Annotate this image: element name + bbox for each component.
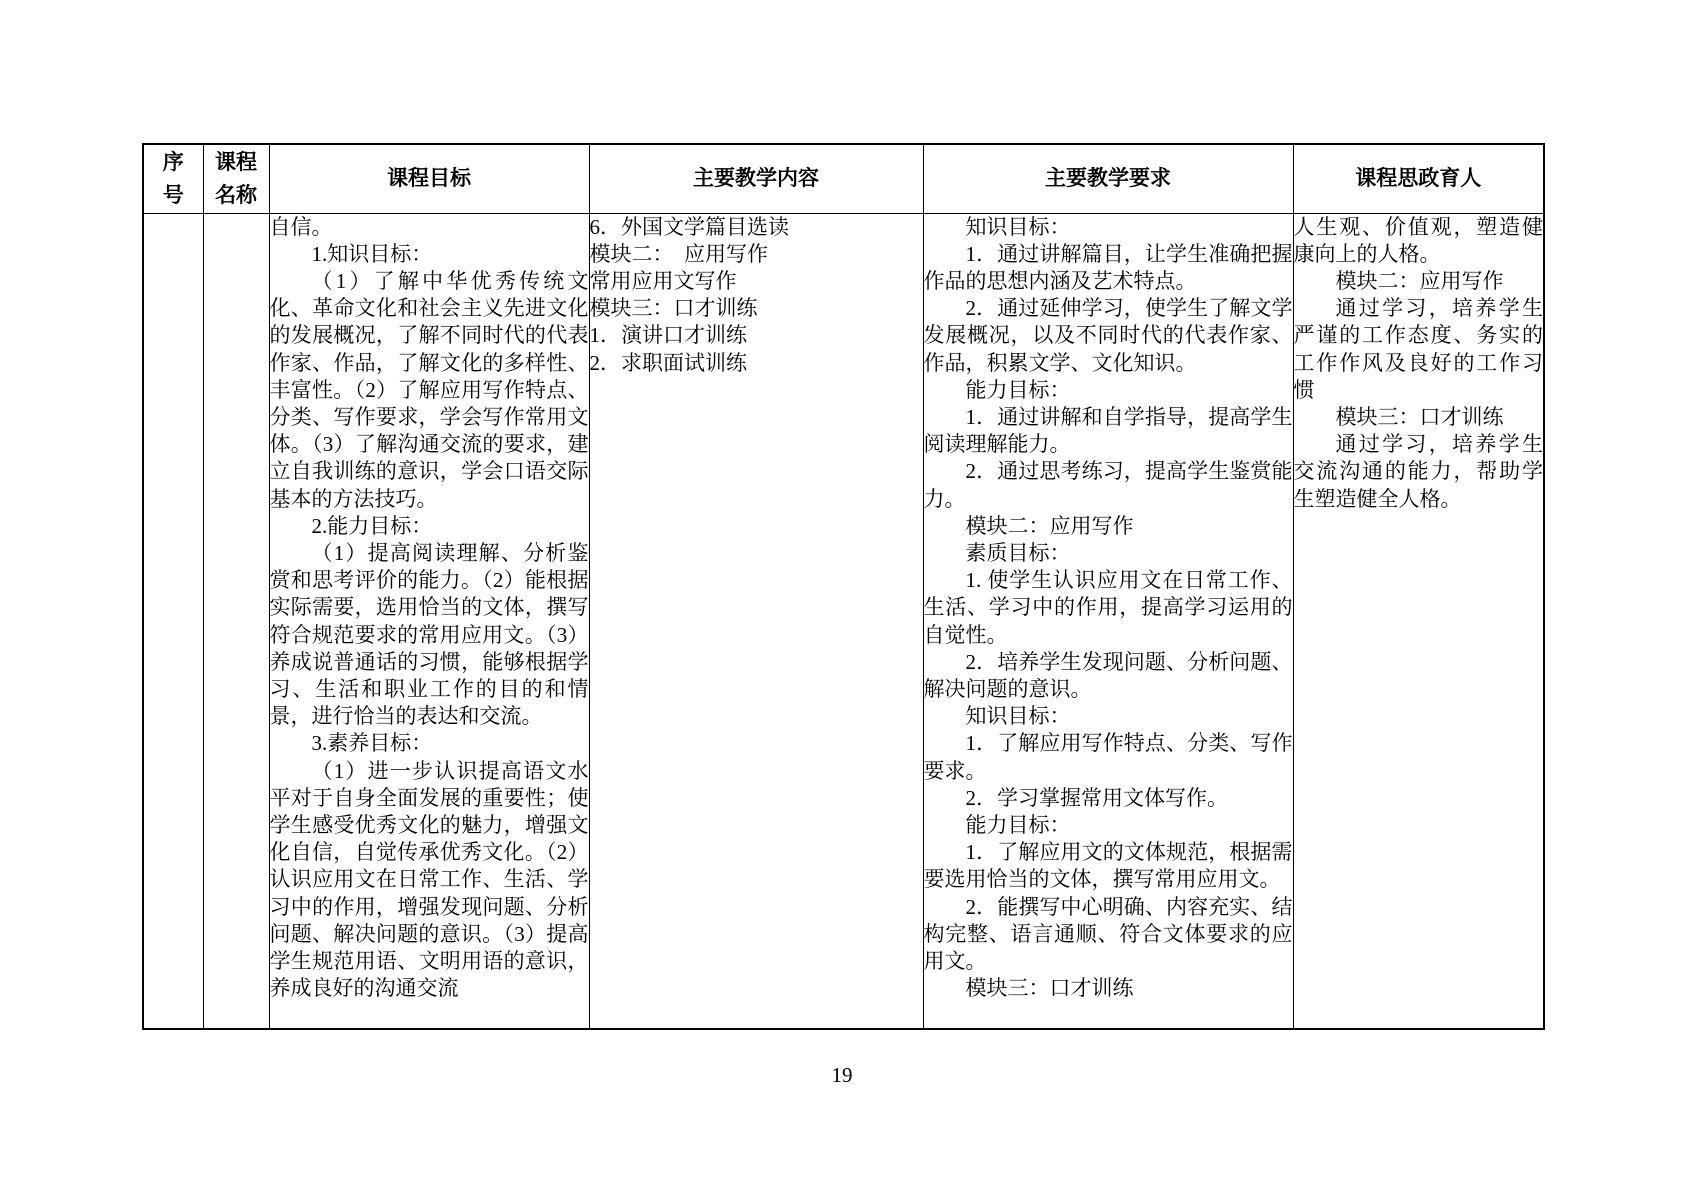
paragraph: 模块二：应用写作 bbox=[1294, 268, 1544, 295]
document-page: 序 号 课程 名称 课程目标 主要教学内容 主要教学要求 课程思政育人 自信。1… bbox=[0, 0, 1684, 1191]
paragraph: 1. 使学生认识应用文在日常工作、生活、学习中的作用，提高学习运用的自觉性。 bbox=[924, 567, 1293, 649]
paragraph: 能力目标： bbox=[924, 812, 1293, 839]
header-cell-serial-number: 序 号 bbox=[143, 144, 203, 213]
paragraph: 模块二：应用写作 bbox=[924, 513, 1293, 540]
paragraph: 1．通过讲解篇目，让学生准确把握作品的思想内涵及艺术特点。 bbox=[924, 241, 1293, 295]
header-cell-course-name: 课程 名称 bbox=[203, 144, 269, 213]
paragraph: 通过学习，培养学生交流沟通的能力，帮助学生塑造健全人格。 bbox=[1294, 431, 1544, 513]
table-header-row: 序 号 课程 名称 课程目标 主要教学内容 主要教学要求 课程思政育人 bbox=[143, 144, 1544, 213]
paragraph: （1）进一步认识提高语文水平对于自身全面发展的重要性；使学生感受优秀文化的魅力，… bbox=[270, 758, 589, 1003]
header-cell-ideological-education: 课程思政育人 bbox=[1293, 144, 1544, 213]
paragraph: 1．演讲口才训练 bbox=[590, 322, 923, 349]
cell-ideological-education: 人生观、价值观，塑造健康向上的人格。模块二：应用写作通过学习，培养学生严谨的工作… bbox=[1293, 213, 1544, 1029]
paragraph: （1）了解中华优秀传统文化、革命文化和社会主义先进文化的发展概况，了解不同时代的… bbox=[270, 268, 589, 513]
header-cell-teaching-content: 主要教学内容 bbox=[589, 144, 923, 213]
paragraph: 1.知识目标： bbox=[270, 241, 589, 268]
paragraph: 6．外国文学篇目选读 bbox=[590, 214, 923, 241]
paragraph: 2．通过延伸学习，使学生了解文学发展概况，以及不同时代的代表作家、作品，积累文学… bbox=[924, 295, 1293, 377]
paragraph: 常用应用文写作 bbox=[590, 268, 923, 295]
paragraph: 1．了解应用写作特点、分类、写作要求。 bbox=[924, 730, 1293, 784]
paragraph: 自信。 bbox=[270, 214, 589, 241]
paragraph: 2.能力目标： bbox=[270, 513, 589, 540]
paragraph: 1．了解应用文的文体规范，根据需要选用恰当的文体，撰写常用应用文。 bbox=[924, 839, 1293, 893]
paragraph: 2．求职面试训练 bbox=[590, 350, 923, 377]
table-body-row: 自信。1.知识目标：（1）了解中华优秀传统文化、革命文化和社会主义先进文化的发展… bbox=[143, 213, 1544, 1029]
paragraph: 模块二： 应用写作 bbox=[590, 241, 923, 268]
paragraph: 知识目标： bbox=[924, 214, 1293, 241]
cell-course-name-empty bbox=[203, 213, 269, 1029]
paragraph: 通过学习，培养学生严谨的工作态度、务实的工作作风及良好的工作习惯 bbox=[1294, 295, 1544, 404]
paragraph: 模块三：口才训练 bbox=[924, 975, 1293, 1002]
cell-course-objectives: 自信。1.知识目标：（1）了解中华优秀传统文化、革命文化和社会主义先进文化的发展… bbox=[269, 213, 589, 1029]
course-syllabus-table: 序 号 课程 名称 课程目标 主要教学内容 主要教学要求 课程思政育人 自信。1… bbox=[142, 143, 1545, 1030]
paragraph: 知识目标： bbox=[924, 703, 1293, 730]
paragraph: 3.素养目标： bbox=[270, 730, 589, 757]
paragraph: 模块三：口才训练 bbox=[1294, 404, 1544, 431]
cell-serial-number-empty bbox=[143, 213, 203, 1029]
paragraph: 能力目标： bbox=[924, 377, 1293, 404]
paragraph: 1．通过讲解和自学指导，提高学生阅读理解能力。 bbox=[924, 404, 1293, 458]
header-cell-course-objectives: 课程目标 bbox=[269, 144, 589, 213]
paragraph: 2．培养学生发现问题、分析问题、解决问题的意识。 bbox=[924, 649, 1293, 703]
paragraph: 2．通过思考练习，提高学生鉴赏能力。 bbox=[924, 458, 1293, 512]
page-number: 19 bbox=[0, 1063, 1684, 1087]
paragraph: 人生观、价值观，塑造健康向上的人格。 bbox=[1294, 214, 1544, 268]
paragraph: 2．能撰写中心明确、内容充实、结构完整、语言通顺、符合文体要求的应用文。 bbox=[924, 894, 1293, 976]
paragraph: （1）提高阅读理解、分析鉴赏和思考评价的能力。（2）能根据实际需要，选用恰当的文… bbox=[270, 540, 589, 730]
header-cell-teaching-requirements: 主要教学要求 bbox=[923, 144, 1293, 213]
cell-teaching-content: 6．外国文学篇目选读模块二： 应用写作常用应用文写作模块三：口才训练1．演讲口才… bbox=[589, 213, 923, 1029]
paragraph: 模块三：口才训练 bbox=[590, 295, 923, 322]
cell-teaching-requirements: 知识目标：1．通过讲解篇目，让学生准确把握作品的思想内涵及艺术特点。2．通过延伸… bbox=[923, 213, 1293, 1029]
paragraph: 2．学习掌握常用文体写作。 bbox=[924, 785, 1293, 812]
paragraph: 素质目标： bbox=[924, 540, 1293, 567]
